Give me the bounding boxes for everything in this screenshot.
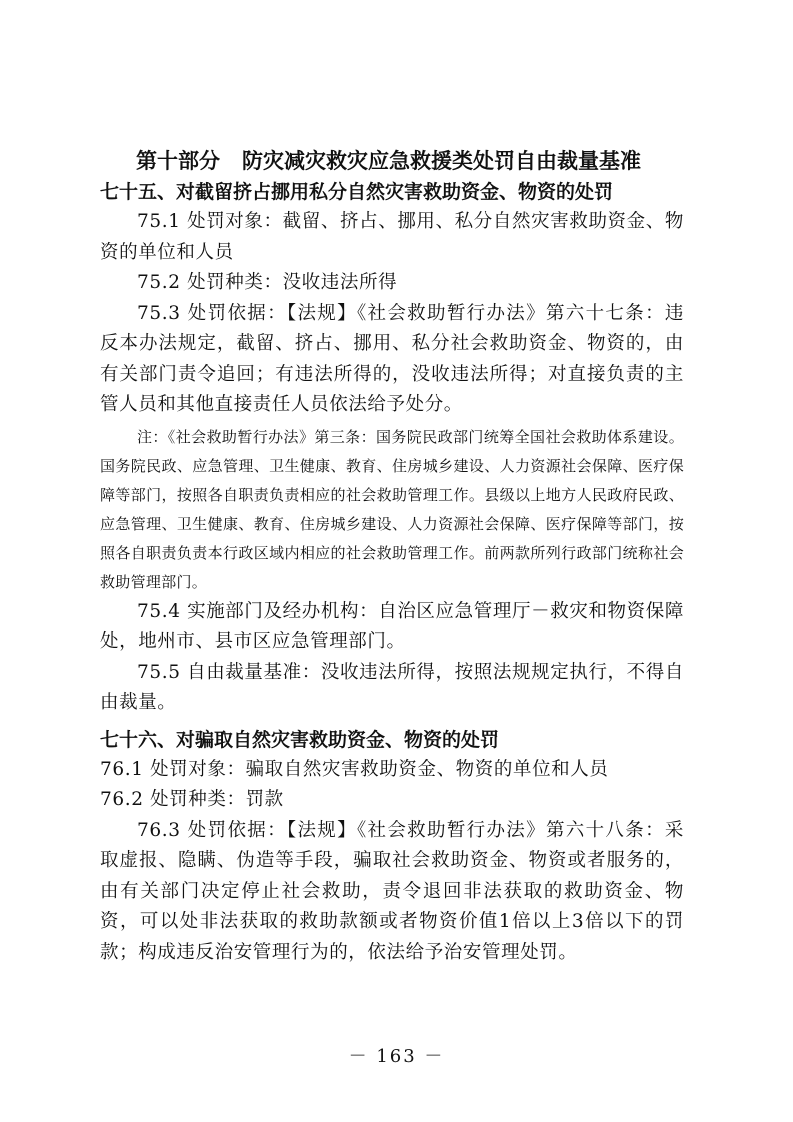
part-title: 第十部分防灾减灾救灾应急救援类处罚自由裁量基准 xyxy=(136,145,684,177)
item-75-1: 75.1 处罚对象：截留、挤占、挪用、私分自然灾害救助资金、物资的单位和人员 xyxy=(100,207,684,268)
part-title-text: 防灾减灾救灾应急救援类处罚自由裁量基准 xyxy=(242,149,641,173)
item-75-2: 75.2 处罚种类：没收违法所得 xyxy=(100,268,684,299)
item-75-5: 75.5 自由裁量基准：没收违法所得，按照法规规定执行，不得自由裁量。 xyxy=(100,658,684,719)
part-title-label: 第十部分 xyxy=(136,149,220,173)
item-75-3: 75.3 处罚依据：【法规】《社会救助暂行办法》第六十七条：违反本办法规定，截留… xyxy=(100,299,684,421)
item-76-3: 76.3 处罚依据：【法规】《社会救助暂行办法》第六十八条：采取虚报、隐瞒、伪造… xyxy=(100,816,684,969)
section-76-title: 七十六、对骗取自然灾害救助资金、物资的处罚 xyxy=(100,725,684,755)
page-number: － 163 － xyxy=(0,1042,793,1068)
item-75-4: 75.4 实施部门及经办机构：自治区应急管理厅－救灾和物资保障处，地州市、县市区… xyxy=(100,597,684,658)
item-76-1: 76.1 处罚对象：骗取自然灾害救助资金、物资的单位和人员 xyxy=(100,755,684,786)
item-76-2: 76.2 处罚种类：罚款 xyxy=(100,785,684,816)
note-75: 注：《社会救助暂行办法》第三条：国务院民政部门统筹全国社会救助体系建设。国务院民… xyxy=(100,423,684,597)
section-75-title: 七十五、对截留挤占挪用私分自然灾害救助资金、物资的处罚 xyxy=(100,177,684,207)
document-page: 第十部分防灾减灾救灾应急救援类处罚自由裁量基准 七十五、对截留挤占挪用私分自然灾… xyxy=(100,145,684,968)
